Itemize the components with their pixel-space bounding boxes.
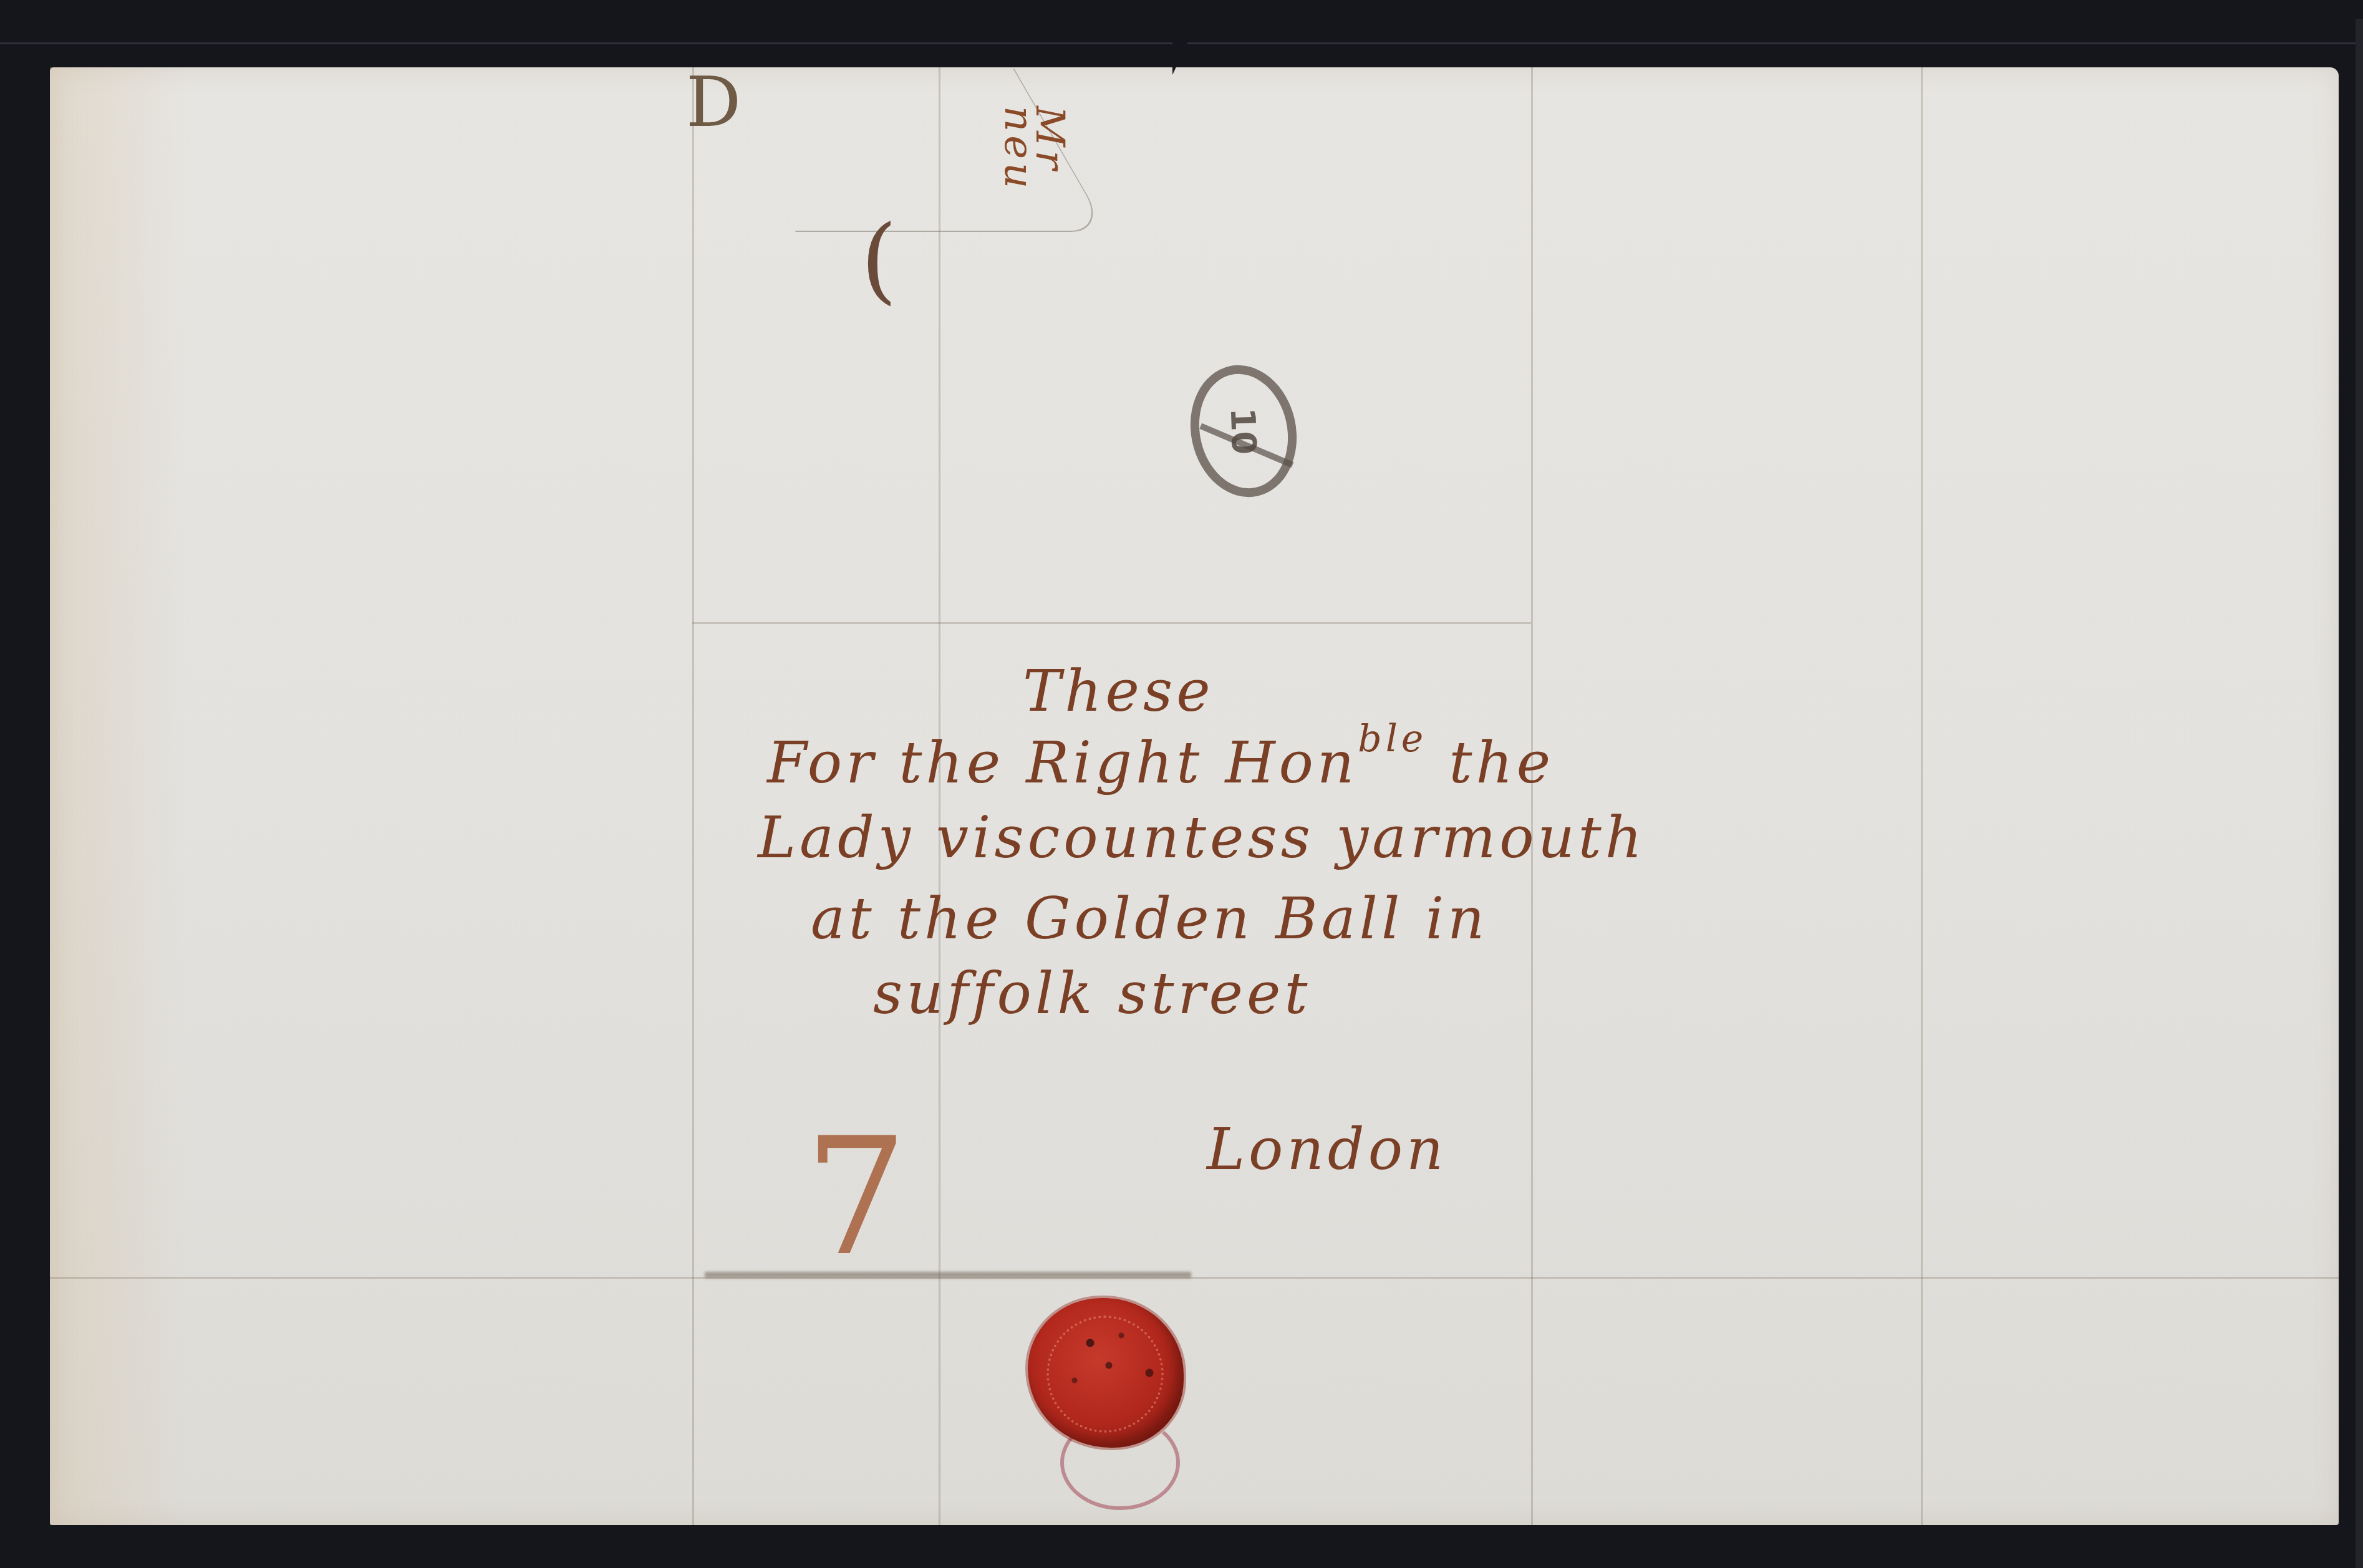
marginal-note-line2: neu <box>995 106 1041 192</box>
seal-fold-stain <box>705 1272 1191 1278</box>
fold-line-left <box>692 67 694 1525</box>
address-line2-end: the <box>1449 729 1555 796</box>
fold-line-upper <box>692 622 1531 624</box>
address-line2-main: For the Right Hon <box>767 729 1358 796</box>
address-line-city: London <box>1207 1116 1447 1183</box>
mount-right-edge <box>2356 19 2363 1568</box>
postmark-number: 10 <box>1223 407 1264 455</box>
paper-left-discoloration <box>50 67 187 1525</box>
fold-line-right <box>1921 67 1923 1525</box>
address-line-recipient-title: For the Right Honble the <box>767 729 1554 796</box>
fold-line-lower <box>50 1277 2339 1279</box>
address-line-recipient-name: Lady viscountess yarmouth <box>758 804 1646 871</box>
numeral-mark: 7 <box>805 1104 911 1292</box>
fold-line-center-left <box>939 67 940 1525</box>
letter-paper <box>50 67 2339 1525</box>
address-line-street: suffolk street <box>873 960 1311 1027</box>
address-line2-superscript: ble <box>1358 717 1427 761</box>
address-line-location: at the Golden Ball in <box>811 885 1488 952</box>
top-left-mark: D <box>686 62 745 142</box>
address-line-these: These <box>1023 658 1214 724</box>
bracket-mark: ( <box>861 206 901 314</box>
fold-line-center-right <box>1531 67 1533 1525</box>
